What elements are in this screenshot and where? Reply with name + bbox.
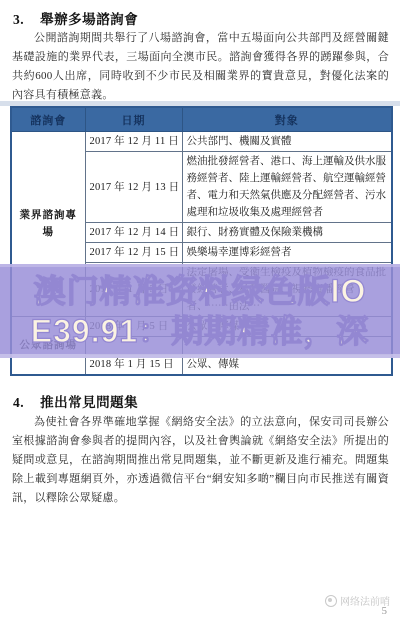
section3-heading: 3.舉辦多場諮詢會 bbox=[13, 8, 138, 28]
watermark-logo-icon bbox=[325, 595, 337, 607]
consult-target-cell: 燃油批發經營者、港口、海上運輸及供水服務經營者、陸上運輸經營者、航空運輸經營者、… bbox=[182, 152, 392, 223]
page-number: 5 bbox=[382, 605, 388, 617]
section4-heading: 4.推出常見問題集 bbox=[13, 391, 138, 411]
document-page: 3.舉辦多場諮詢會 公開諮詢期間共舉行了八場諮詢會，當中五場面向公共部門及經營關… bbox=[0, 0, 400, 626]
spam-overlay-line1: 澳门精准资料绿色版IO bbox=[34, 271, 367, 311]
section4-paragraph: 為使社會各界準確地掌握《網絡安全法》的立法意向，保安司司長辦公室根據諮詢會參與者… bbox=[12, 413, 389, 508]
section4-number: 4. bbox=[13, 395, 24, 410]
header-target: 對象 bbox=[182, 107, 392, 132]
consult-date-cell: 2017 年 12 月 14 日 bbox=[85, 223, 182, 243]
section3-paragraph: 公開諮詢期間共舉行了八場諮詢會，當中五場面向公共部門及經營關鍵基礎設施的業界代表… bbox=[12, 29, 389, 105]
spam-overlay-banner: 澳门精准资料绿色版IO E39.91：期期精准，深 bbox=[0, 264, 400, 358]
spam-overlay-line2: E39.91：期期精准，深 bbox=[31, 311, 369, 351]
section3-number: 3. bbox=[13, 12, 24, 27]
consult-date-cell: 2017 年 12 月 11 日 bbox=[85, 132, 182, 152]
consult-date-cell: 2017 年 12 月 13 日 bbox=[85, 152, 182, 223]
consult-target-cell: 銀行、財務實體及保險業機構 bbox=[182, 223, 392, 243]
consult-target-cell: 娛樂場幸運博彩經營者 bbox=[182, 243, 392, 263]
consult-date-cell: 2017 年 12 月 15 日 bbox=[85, 243, 182, 263]
section4-title: 推出常見問題集 bbox=[40, 395, 138, 410]
table-header-row: 諮詢會 日期 對象 bbox=[11, 107, 392, 132]
consult-target-cell: 公共部門、機關及實體 bbox=[182, 132, 392, 152]
consult-table-row: 業界諮詢專場2017 年 12 月 11 日公共部門、機關及實體 bbox=[11, 132, 392, 152]
header-date: 日期 bbox=[85, 107, 182, 132]
header-session: 諮詢會 bbox=[11, 107, 85, 132]
watermark: 网络法前哨 bbox=[325, 593, 390, 608]
section3-title: 舉辦多場諮詢會 bbox=[40, 12, 138, 27]
